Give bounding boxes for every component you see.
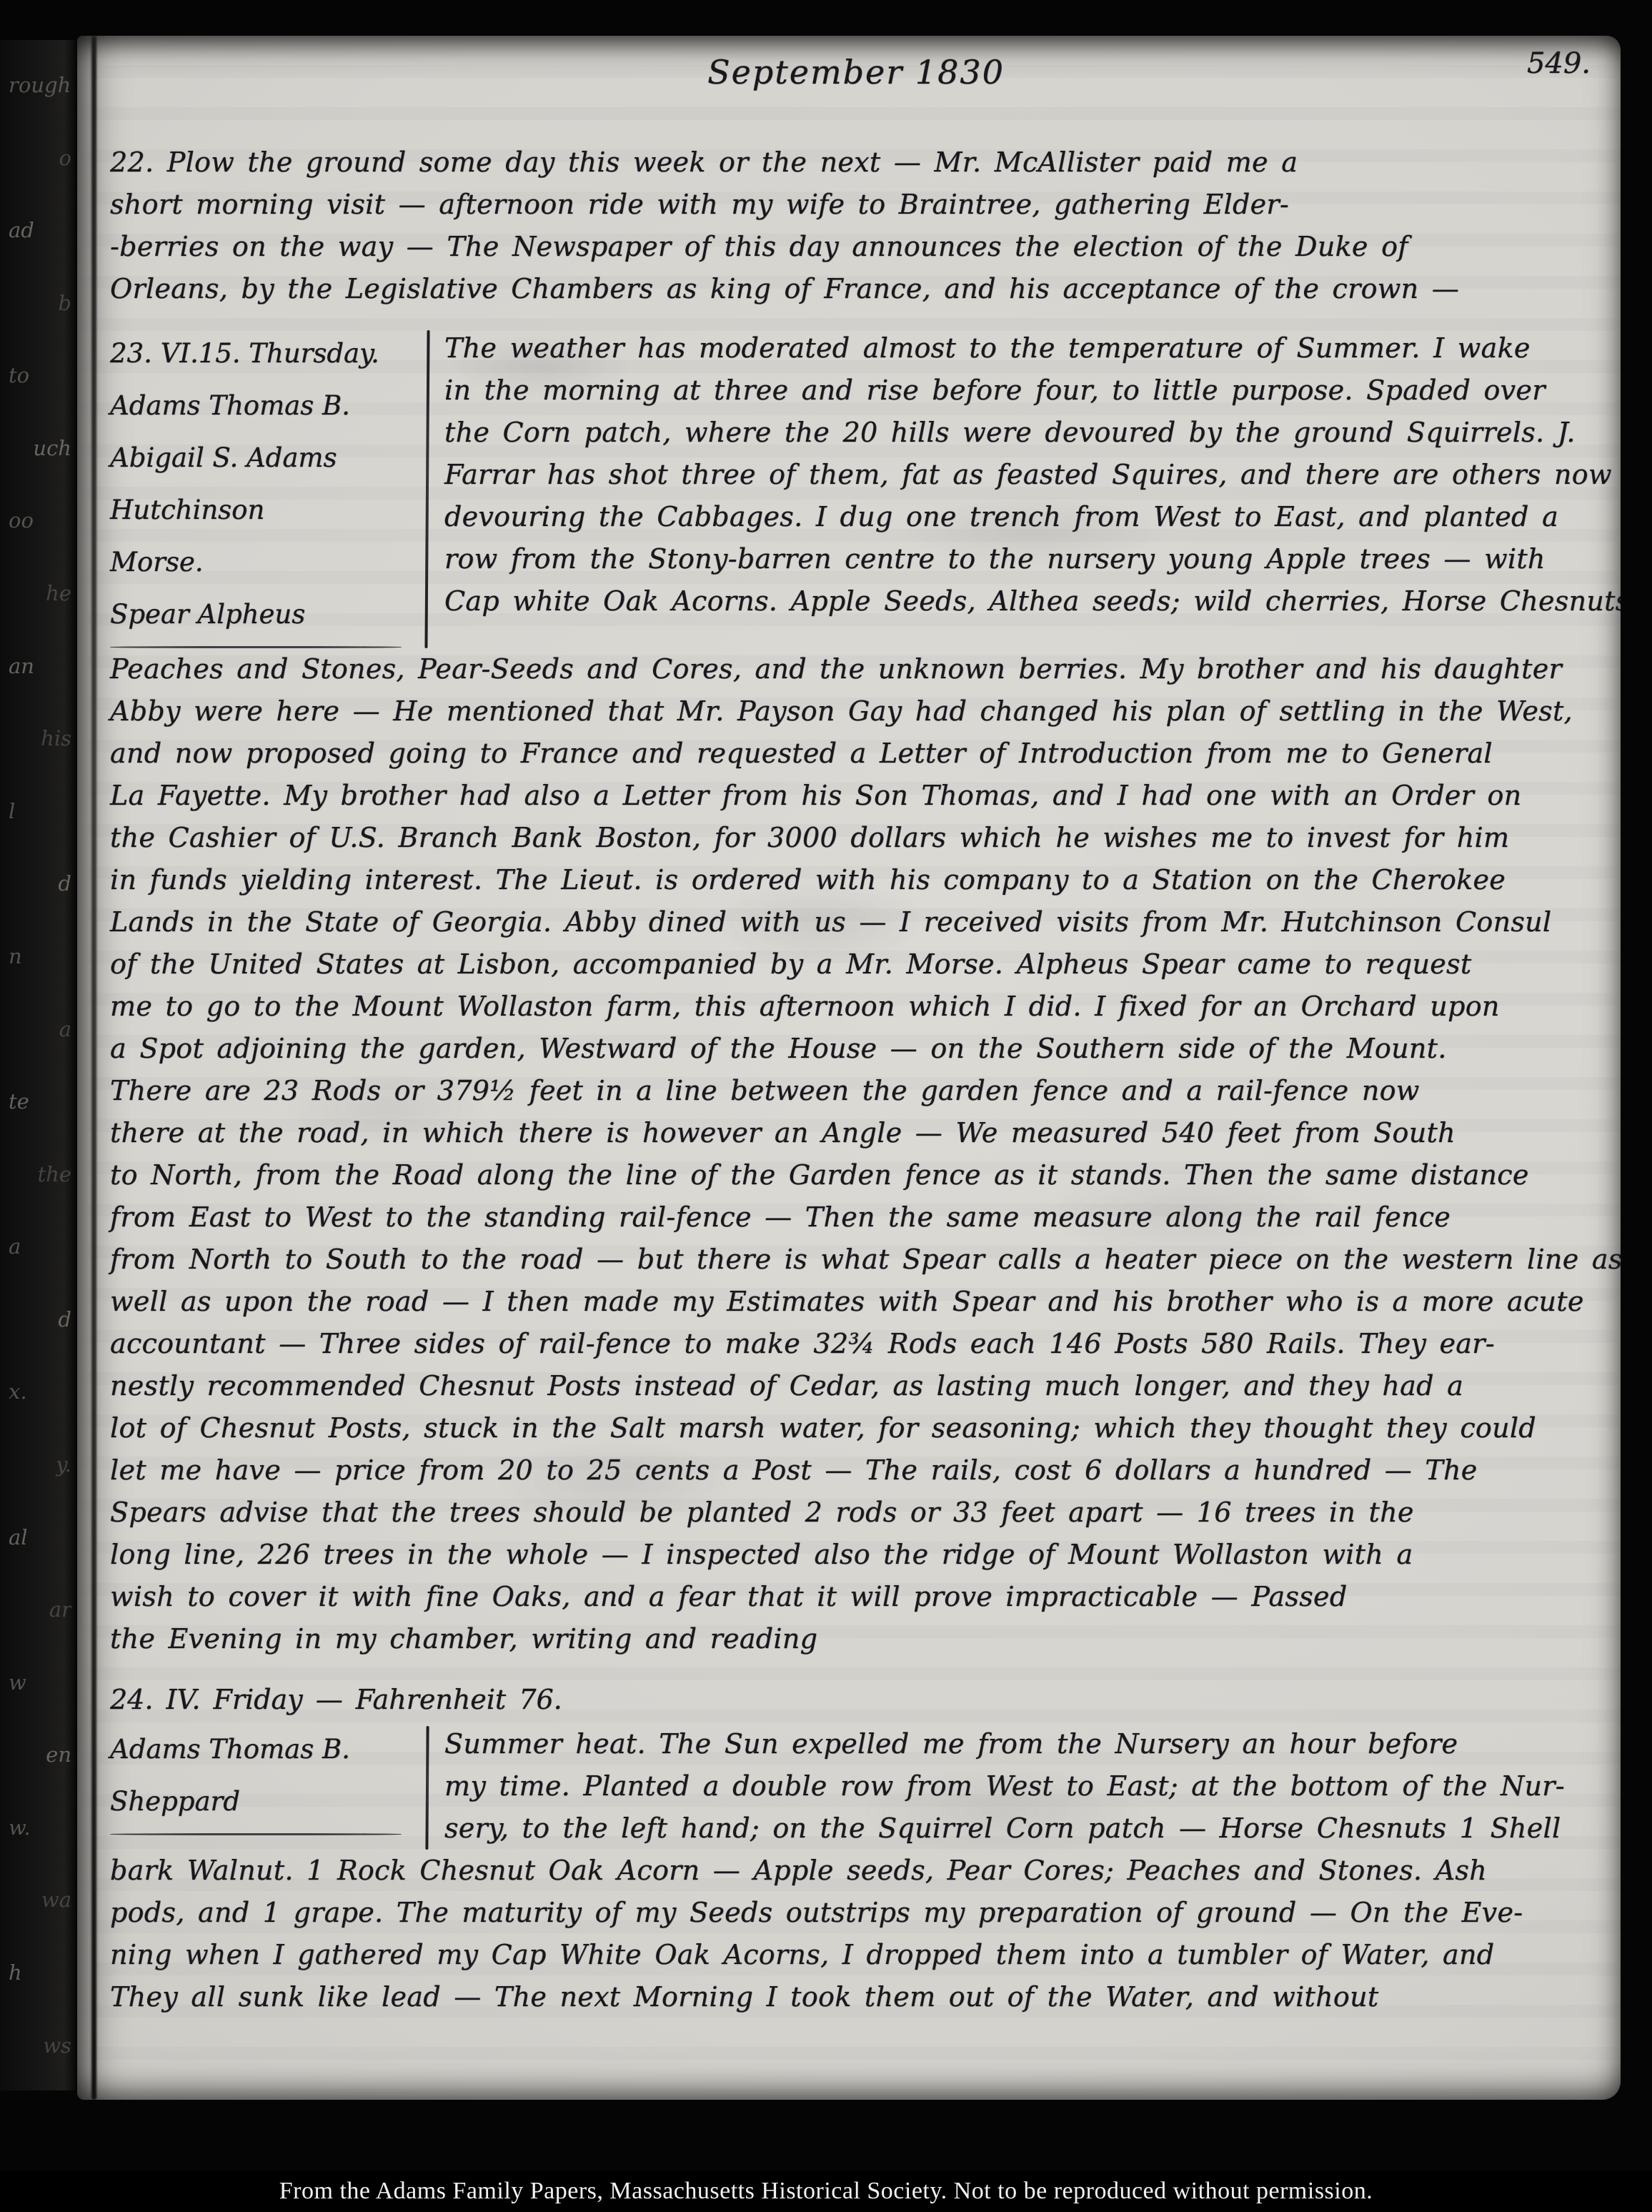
entry-line: Orleans, by the Legislative Chambers as … xyxy=(110,268,1602,310)
previous-page-edge: roughtoadbtouchooheanhisldnatetheadx.y.a… xyxy=(0,40,76,2091)
entry-line: nestly recommended Chesnut Posts instead… xyxy=(110,1365,1602,1407)
margin-name: Spear Alpheus xyxy=(110,588,424,640)
scanned-diary-page: roughtoadbtouchooheanhisldnatetheadx.y.a… xyxy=(0,0,1652,2212)
entry-line: 22. Plow the ground some day this week o… xyxy=(110,142,1602,184)
edge-text-fragment: the xyxy=(38,1162,72,1186)
entry-line: -berries on the way — The Newspaper of t… xyxy=(110,226,1602,268)
entry-line: there at the road, in which there is how… xyxy=(110,1112,1602,1154)
entry-line: Cap white Oak Acorns. Apple Seeds, Althe… xyxy=(444,580,1602,623)
entry-line: Peaches and Stones, Pear-Seeds and Cores… xyxy=(110,648,1602,690)
entry-line: The weather has moderated almost to the … xyxy=(444,327,1602,370)
edge-text-fragment: oo xyxy=(9,508,71,532)
entry-line: Farrar has shot three of them, fat as fe… xyxy=(444,454,1602,496)
entry-line: well as upon the road — I then made my E… xyxy=(110,1281,1602,1323)
edge-text-fragment: uch xyxy=(33,436,71,460)
edge-text-fragment: an xyxy=(9,654,71,678)
binding-gutter xyxy=(91,36,96,2100)
entry-line: the Corn patch, where the 20 hills were … xyxy=(444,412,1602,454)
entry-body: bark Walnut. 1 Rock Chesnut Oak Acorn — … xyxy=(110,1850,1602,2018)
entry-line: They all sunk like lead — The next Morni… xyxy=(110,1976,1602,2018)
edge-text-fragment: he xyxy=(46,581,71,605)
entry-line: long line, 226 trees in the whole — I in… xyxy=(110,1534,1602,1576)
entry-line: wish to cover it with fine Oaks, and a f… xyxy=(110,1576,1602,1618)
edge-text-fragment: d xyxy=(58,1307,71,1331)
manuscript-page: September 1830 549. 22. Plow the ground … xyxy=(77,36,1621,2100)
margin-column: Adams Thomas B.Sheppard xyxy=(110,1723,424,1850)
edge-text-fragment: h xyxy=(9,1960,71,1985)
entry-indented-body: Summer heat. The Sun expelled me from th… xyxy=(444,1723,1602,1850)
edge-text-fragment: al xyxy=(9,1525,71,1549)
entry-line: a Spot adjoining the garden, Westward of… xyxy=(110,1028,1602,1070)
edge-text-fragment: b xyxy=(58,291,71,315)
entry-line: from North to South to the road — but th… xyxy=(110,1239,1602,1281)
entry-line: in the morning at three and rise before … xyxy=(444,370,1602,412)
edge-text-fragment: d xyxy=(58,871,71,896)
entry-line: Abby were here — He mentioned that Mr. P… xyxy=(110,690,1602,733)
edge-text-fragment: w. xyxy=(9,1815,71,1840)
edge-text-fragment: l xyxy=(9,799,71,823)
margin-name: Hutchinson xyxy=(110,484,424,536)
entry-line: pods, and 1 grape. The maturity of my Se… xyxy=(110,1892,1602,1934)
entry-line: Spears advise that the trees should be p… xyxy=(110,1492,1602,1534)
entry-line: There are 23 Rods or 379½ feet in a line… xyxy=(110,1070,1602,1112)
entry-margin-row: 23. VI.15. Thursday. Adams Thomas B.Abig… xyxy=(110,327,1602,648)
page-header: September 1830 549. xyxy=(110,41,1602,116)
diary-entry-sept-23: 23. VI.15. Thursday. Adams Thomas B.Abig… xyxy=(110,327,1602,1660)
entry-body: Peaches and Stones, Pear-Seeds and Cores… xyxy=(110,648,1602,1660)
margin-column: 23. VI.15. Thursday. Adams Thomas B.Abig… xyxy=(110,327,424,648)
entry-margin-row: Adams Thomas B.Sheppard Summer heat. The… xyxy=(110,1723,1602,1850)
entry-line: lot of Chesnut Posts, stuck in the Salt … xyxy=(110,1407,1602,1449)
entry-heading: 24. IV. Friday — Fahrenheit 76. xyxy=(110,1677,1602,1722)
entry-line: Summer heat. The Sun expelled me from th… xyxy=(444,1723,1602,1765)
edge-text-fragment: w xyxy=(9,1670,71,1695)
edge-text-fragment: a xyxy=(59,1017,71,1041)
entry-line: my time. Planted a double row from West … xyxy=(444,1765,1602,1807)
entry-line: of the United States at Lisbon, accompan… xyxy=(110,943,1602,986)
entry-line: let me have — price from 20 to 25 cents … xyxy=(110,1449,1602,1492)
margin-divider-line xyxy=(425,1726,429,1850)
entry-line: sery, to the left hand; on the Squirrel … xyxy=(444,1807,1602,1850)
edge-text-fragment: ws xyxy=(43,2033,71,2058)
page-content: September 1830 549. 22. Plow the ground … xyxy=(110,41,1602,2018)
edge-text-fragment: te xyxy=(9,1089,71,1114)
edge-text-fragment: x. xyxy=(9,1379,71,1404)
edge-text-fragment: o xyxy=(59,146,71,170)
margin-name-list: Adams Thomas B.Sheppard xyxy=(110,1723,424,1827)
caption-text: From the Adams Family Papers, Massachuse… xyxy=(279,2178,1373,2205)
entry-line: devouring the Cabbages. I dug one trench… xyxy=(444,496,1602,538)
edge-text-fragment: to xyxy=(9,363,71,387)
entry-body: 22. Plow the ground some day this week o… xyxy=(110,142,1602,310)
entry-line: accountant — Three sides of rail-fence t… xyxy=(110,1323,1602,1365)
entry-indented-body: The weather has moderated almost to the … xyxy=(444,327,1602,648)
margin-name: Sheppard xyxy=(110,1775,424,1827)
edge-text-fragment: n xyxy=(9,944,71,968)
entry-line: the Cashier of U.S. Branch Bank Boston, … xyxy=(110,817,1602,859)
margin-underline xyxy=(110,646,402,648)
entry-line: bark Walnut. 1 Rock Chesnut Oak Acorn — … xyxy=(110,1850,1602,1892)
entry-line: from East to West to the standing rail-f… xyxy=(110,1196,1602,1239)
entry-heading: 23. VI.15. Thursday. xyxy=(110,327,424,380)
entry-line: in funds yielding interest. The Lieut. i… xyxy=(110,859,1602,901)
entry-line: Lands in the State of Georgia. Abby dine… xyxy=(110,901,1602,943)
edge-text-fragment: y. xyxy=(56,1452,71,1477)
edge-text-fragment: ar xyxy=(49,1597,71,1622)
margin-underline xyxy=(110,1833,402,1835)
edge-text-fragment: ad xyxy=(9,218,71,242)
margin-name: Abigail S. Adams xyxy=(110,432,424,484)
margin-name: Adams Thomas B. xyxy=(110,1723,424,1775)
entry-line: La Fayette. My brother had also a Letter… xyxy=(110,775,1602,817)
page-number: 549. xyxy=(1527,47,1591,80)
entry-line: short morning visit — afternoon ride wit… xyxy=(110,184,1602,226)
entry-line: and now proposed going to France and req… xyxy=(110,733,1602,775)
edge-text-fragment: en xyxy=(46,1742,71,1767)
margin-name-list: Adams Thomas B.Abigail S. AdamsHutchinso… xyxy=(110,380,424,640)
entry-line: to North, from the Road along the line o… xyxy=(110,1154,1602,1196)
caption-bar: From the Adams Family Papers, Massachuse… xyxy=(0,2171,1652,2212)
margin-name: Morse. xyxy=(110,536,424,588)
margin-divider-line xyxy=(424,330,429,648)
entry-line: me to go to the Mount Wollaston farm, th… xyxy=(110,986,1602,1028)
diary-entry-sept-22: 22. Plow the ground some day this week o… xyxy=(110,142,1602,310)
page-title: September 1830 xyxy=(110,41,1602,91)
edge-text-fragment: rought xyxy=(9,73,71,97)
margin-name: Adams Thomas B. xyxy=(110,380,424,432)
entry-line: ning when I gathered my Cap White Oak Ac… xyxy=(110,1934,1602,1976)
diary-entry-sept-24: 24. IV. Friday — Fahrenheit 76. Adams Th… xyxy=(110,1677,1602,2018)
entry-line: the Evening in my chamber, writing and r… xyxy=(110,1618,1602,1660)
edge-text-fragment: wa xyxy=(41,1888,71,1912)
entry-line: row from the Stony-barren centre to the … xyxy=(444,538,1602,580)
edge-text-fragment: a xyxy=(9,1234,71,1259)
edge-text-fragment: his xyxy=(41,726,71,750)
